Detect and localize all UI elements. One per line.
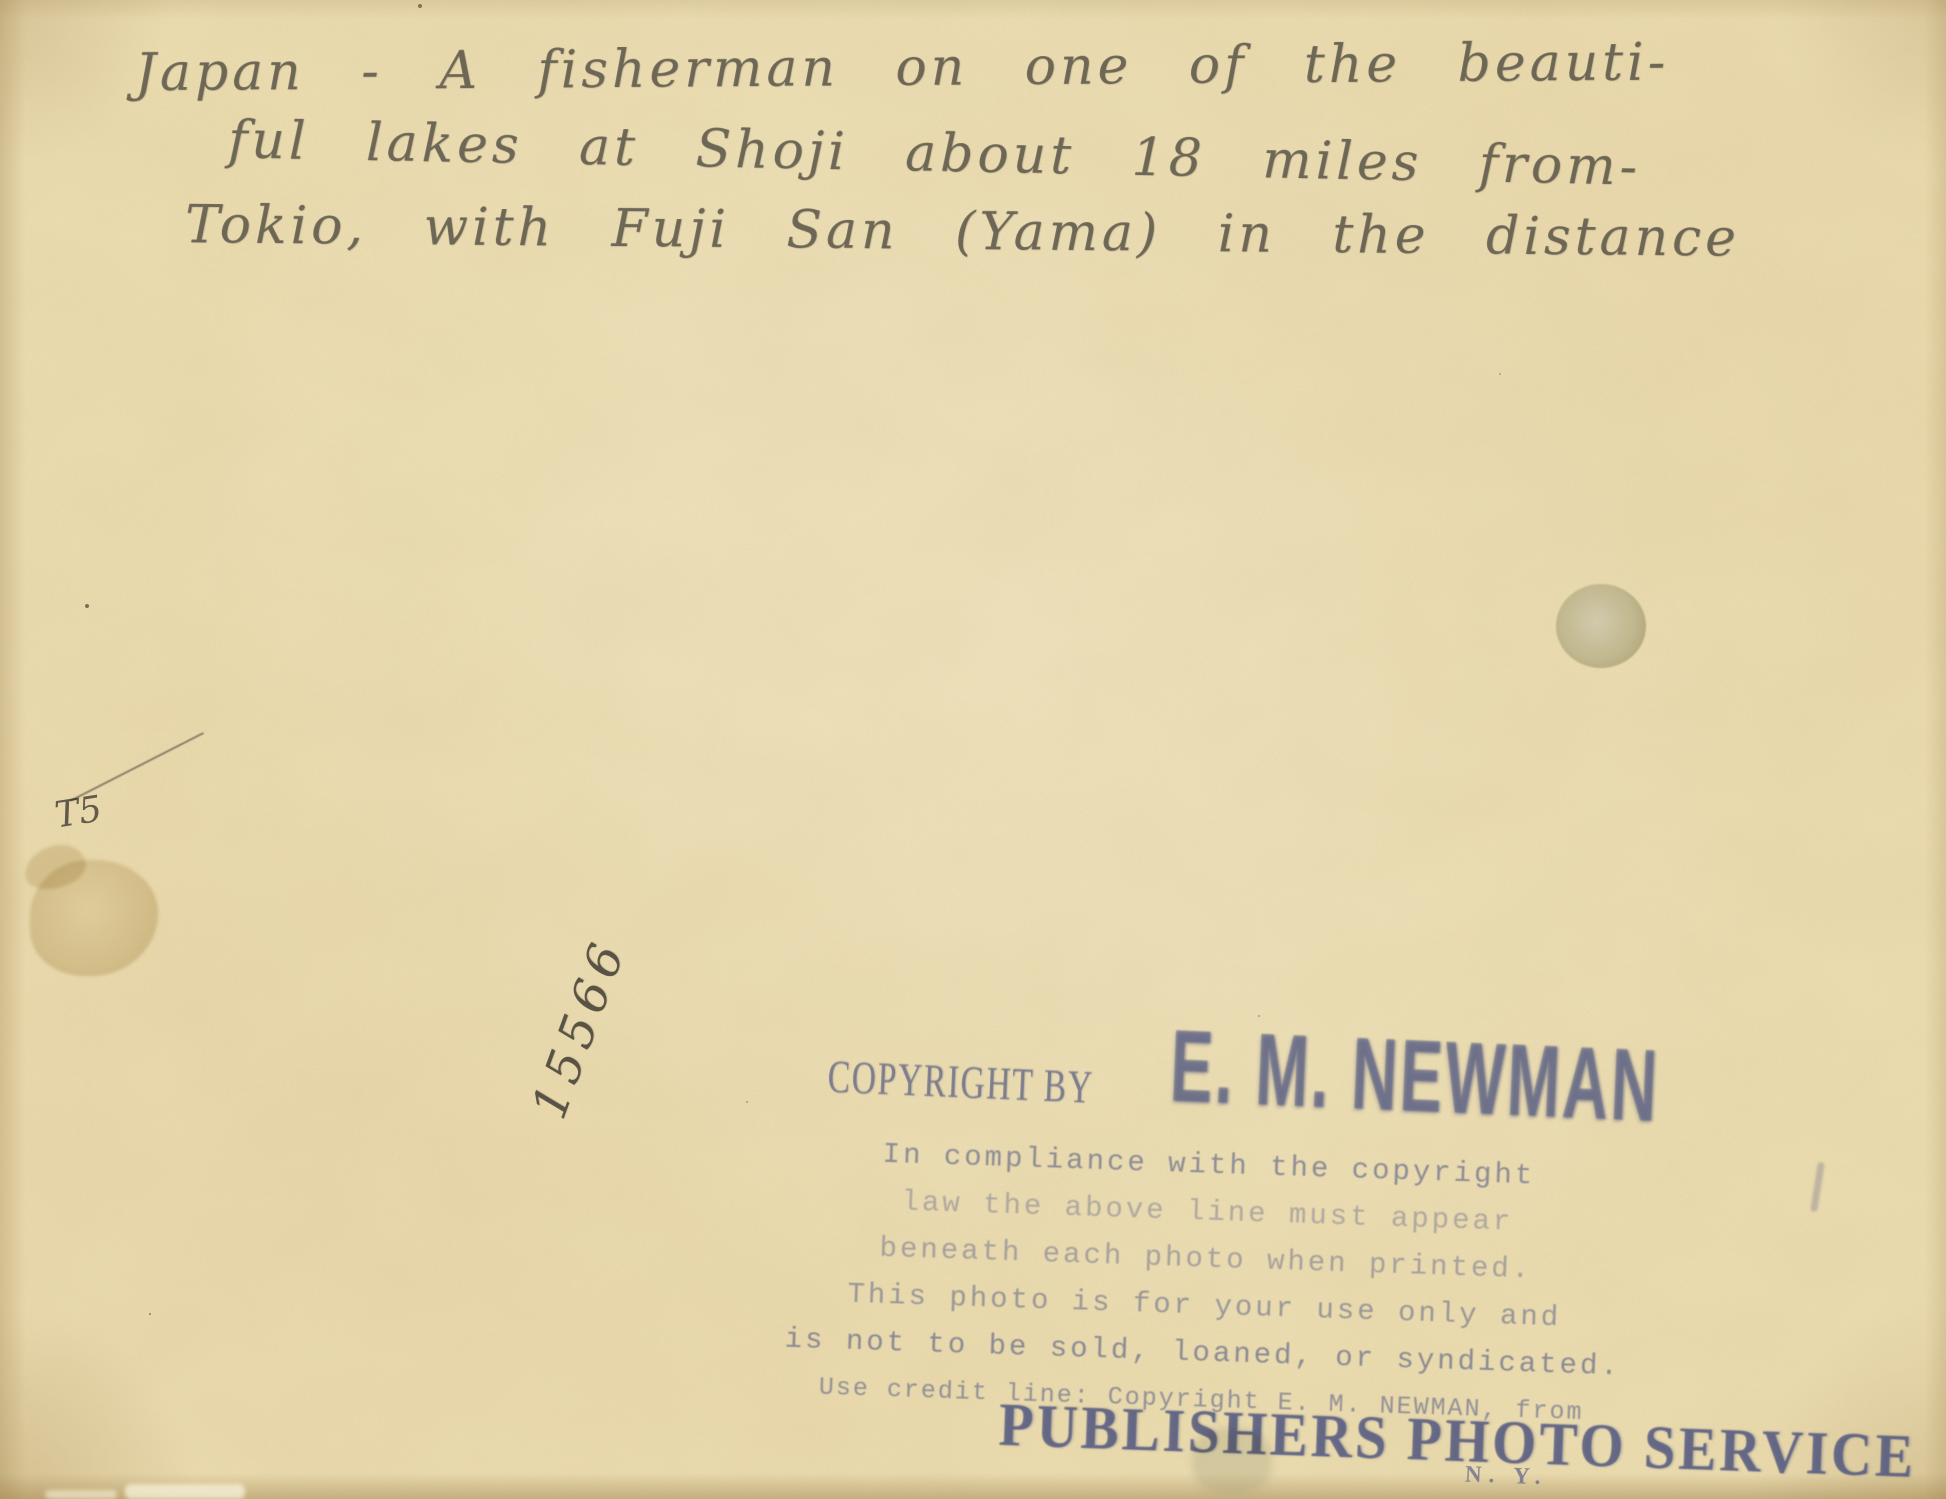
verso-content: Japan - A fisherman on one of the beauti… [0,0,1946,1499]
bottom-edge-chip-small [45,1490,117,1499]
handwritten-caption-line-3: Tokio, with Fuji San (Yama) in the dista… [185,195,1740,269]
publishers-photo-service-stamp: PUBLISHERS PHOTO SERVICE [998,1390,1918,1492]
ny-label: N. Y. [1465,1462,1548,1491]
ink-smudge-mark [1810,1162,1825,1212]
handwritten-caption-line-1: Japan - A fisherman on one of the beauti… [135,33,1670,104]
copyright-stamp-name: E. M. NEWMAN [1168,1008,1662,1145]
pencil-stray-stroke [70,732,205,802]
copyright-stamp: COPYRIGHT BY E. M. NEWMAN [826,1028,1727,1148]
handwritten-caption-line-2: ful lakes at Shoji about 18 miles from- [228,110,1642,197]
copyright-stamp-prefix: COPYRIGHT BY [827,1050,1095,1115]
compliance-notice: In compliance with the copyright law the… [731,1126,1680,1439]
round-stain [1556,584,1646,668]
adhesive-stain [30,860,158,976]
bottom-edge-chip [125,1484,245,1499]
negative-number: 15566 [521,966,625,1126]
photo-verso-page: Japan - A fisherman on one of the beauti… [0,0,1946,1499]
paper-specks [0,0,4,4]
